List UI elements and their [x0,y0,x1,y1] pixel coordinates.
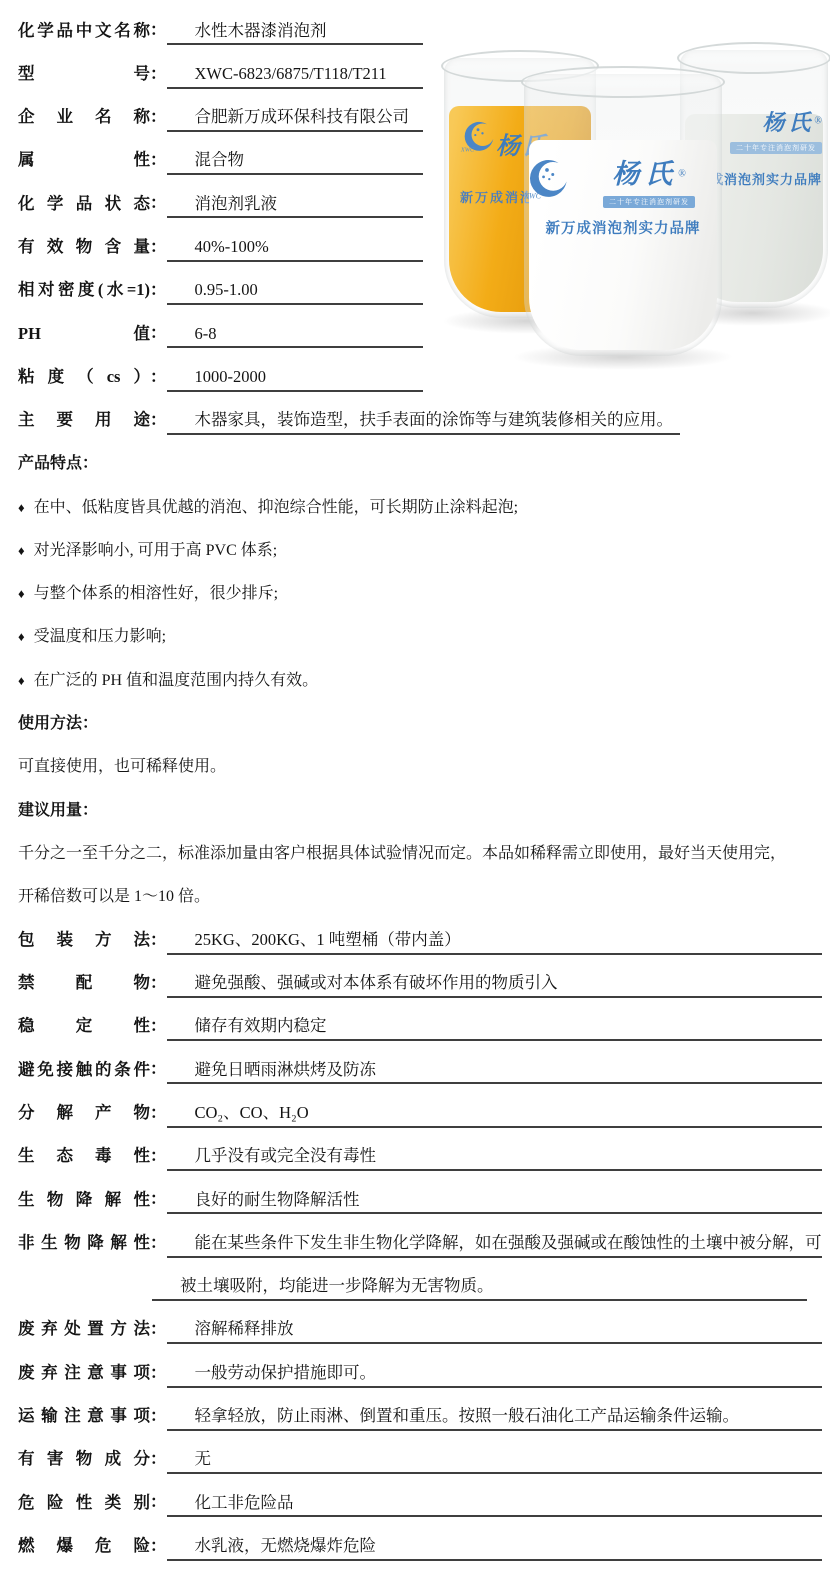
field-row-biodegradability: 生物降解性： 良好的耐生物降解活性 [0,1171,830,1214]
field-row-incompatibles: 禁配物： 避免强酸、强碱或对本体系有破坏作用的物质引入 [0,955,830,998]
field-row-hazardous-components: 有害物成分： 无 [0,1431,830,1474]
moon-logo-icon: XWC [524,155,570,206]
field-colon: ： [150,189,167,218]
diamond-bullet-icon: ♦ [18,500,25,522]
field-row-transport-precautions: 运输注意事项： 轻拿轻放，防止雨淋、倒置和重压。按照一般石油化工产品运输条件运输… [0,1388,830,1431]
feature-item: ♦ 与整个体系的相溶性好，很少排斥; [0,565,830,608]
beaker-milky: XWC 杨氏® 二十年专注消泡剂研发 新万成消泡剂实力品牌 [524,74,722,356]
slogan-main: 新万成消泡剂实力品牌 [524,217,722,238]
usage-heading: 使用方法： [0,695,830,738]
dosage-heading: 建议用量： [0,781,830,824]
moon-logo-icon: XWC [460,118,496,159]
field-label: 粘度（cs） [18,367,150,392]
field-row-explosion-hazard: 燃爆危险： 水乳液，无燃烧爆炸危险 [0,1517,830,1560]
usage-text: 可直接使用，也可稀释使用。 [0,738,830,781]
feature-item: ♦ 对光泽影响小, 可用于高 PVC 体系; [0,522,830,565]
field-value: 消泡剂乳液 [167,194,423,219]
feature-item: ♦ 在广泛的 PH 值和温度范围内持久有效。 [0,651,830,694]
field-colon: ： [150,16,167,45]
field-value: 40%-100% [167,237,423,262]
svg-text:XWC: XWC [460,146,475,153]
diamond-bullet-icon: ♦ [18,586,25,608]
svg-text:XWC: XWC [524,192,542,201]
field-value: XWC-6823/6875/T118/T211 [167,64,423,89]
field-row-decomposition-products: 分解产物： CO₂、CO、H₂O [0,1084,830,1127]
field-label: 化学品中文名称 [18,21,150,46]
brand-logo: XWC 杨氏® 二十年专注消泡剂研发 新万成消泡剂实力品牌 [524,152,722,238]
product-photo: XWC 杨氏 新万成消泡剂 杨氏® 二十年专注消泡剂研发 新万成消泡剂实力品牌 … [438,22,830,364]
field-colon: ： [150,363,167,392]
field-colon: ： [150,319,167,348]
diamond-bullet-icon: ♦ [18,543,25,565]
field-row-ecotoxicity: 生态毒性： 几乎没有或完全没有毒性 [0,1128,830,1171]
field-row-stability: 稳定性： 储存有效期内稳定 [0,998,830,1041]
field-colon: ： [150,276,167,305]
field-row-conditions-to-avoid: 避免接触的条件： 避免日晒雨淋烘烤及防冻 [0,1041,830,1084]
field-row-non-biodegradability: 非生物降解性： 能在某些条件下发生非生物化学降解，如在强酸及强碱或在酸蚀性的土壤… [0,1214,830,1257]
field-row-main-use: 主要用途： 木器家具，装饰造型，扶手表面的涂饰等与建筑装修相关的应用。 [0,392,830,435]
field-label: 属性 [18,150,150,175]
registered-mark: ® [678,169,686,180]
field-colon: ： [150,60,167,89]
dosage-text-line1: 千分之一至千分之二，标准添加量由客户根据具体试验情况而定。本品如稀释需立即使用，… [0,825,830,868]
field-label: 化学品状态 [18,194,150,219]
dosage-text-line2: 开稀倍数可以是 1～10 倍。 [0,868,830,911]
field-colon: ： [150,406,167,435]
feature-item: ♦ 在中、低粘度皆具优越的消泡、抑泡综合性能，可长期防止涂料起泡; [0,478,830,521]
field-row-disposal-precautions: 废弃注意事项： 一般劳动保护措施即可。 [0,1344,830,1387]
field-row-non-biodegradability-cont: 被土壤吸附，均能进一步降解为无害物质。 [0,1258,830,1301]
diamond-bullet-icon: ♦ [18,629,25,651]
field-value: 混合物 [167,150,423,175]
field-row-hazard-class: 危险性类别： 化工非危险品 [0,1474,830,1517]
field-label: 相对密度(水=1) [18,280,150,305]
field-row-packing: 包装方法： 25KG、200KG、1 吨塑桶（带内盖） [0,911,830,954]
field-value: 水性木器漆消泡剂 [167,21,423,46]
field-value: 合肥新万成环保科技有限公司 [167,107,423,132]
slogan-small: 二十年专注消泡剂研发 [730,142,822,154]
registered-mark: ® [814,116,822,127]
field-label: 型号 [18,64,150,89]
field-value: 0.95-1.00 [167,280,423,305]
field-row-disposal-method: 废弃处置方法： 溶解稀释排放 [0,1301,830,1344]
field-colon: ： [150,233,167,262]
slogan-small: 二十年专注消泡剂研发 [603,196,695,208]
field-value: 1000-2000 [167,367,423,392]
field-value: 木器家具，装饰造型，扶手表面的涂饰等与建筑装修相关的应用。 [167,410,680,435]
feature-item: ♦ 受温度和压力影响; [0,608,830,651]
diamond-bullet-icon: ♦ [18,673,25,695]
field-label: PH值 [18,324,150,349]
brand-name: 杨氏 [612,159,678,189]
brand-name: 杨氏 [762,110,814,135]
field-label: 主要用途 [18,410,150,435]
field-colon: ： [150,146,167,175]
features-heading: 产品特点： [0,435,830,478]
field-label: 企业名称 [18,107,150,132]
field-colon: ： [150,103,167,132]
field-value: 6-8 [167,324,423,349]
field-label: 有效物含量 [18,237,150,262]
